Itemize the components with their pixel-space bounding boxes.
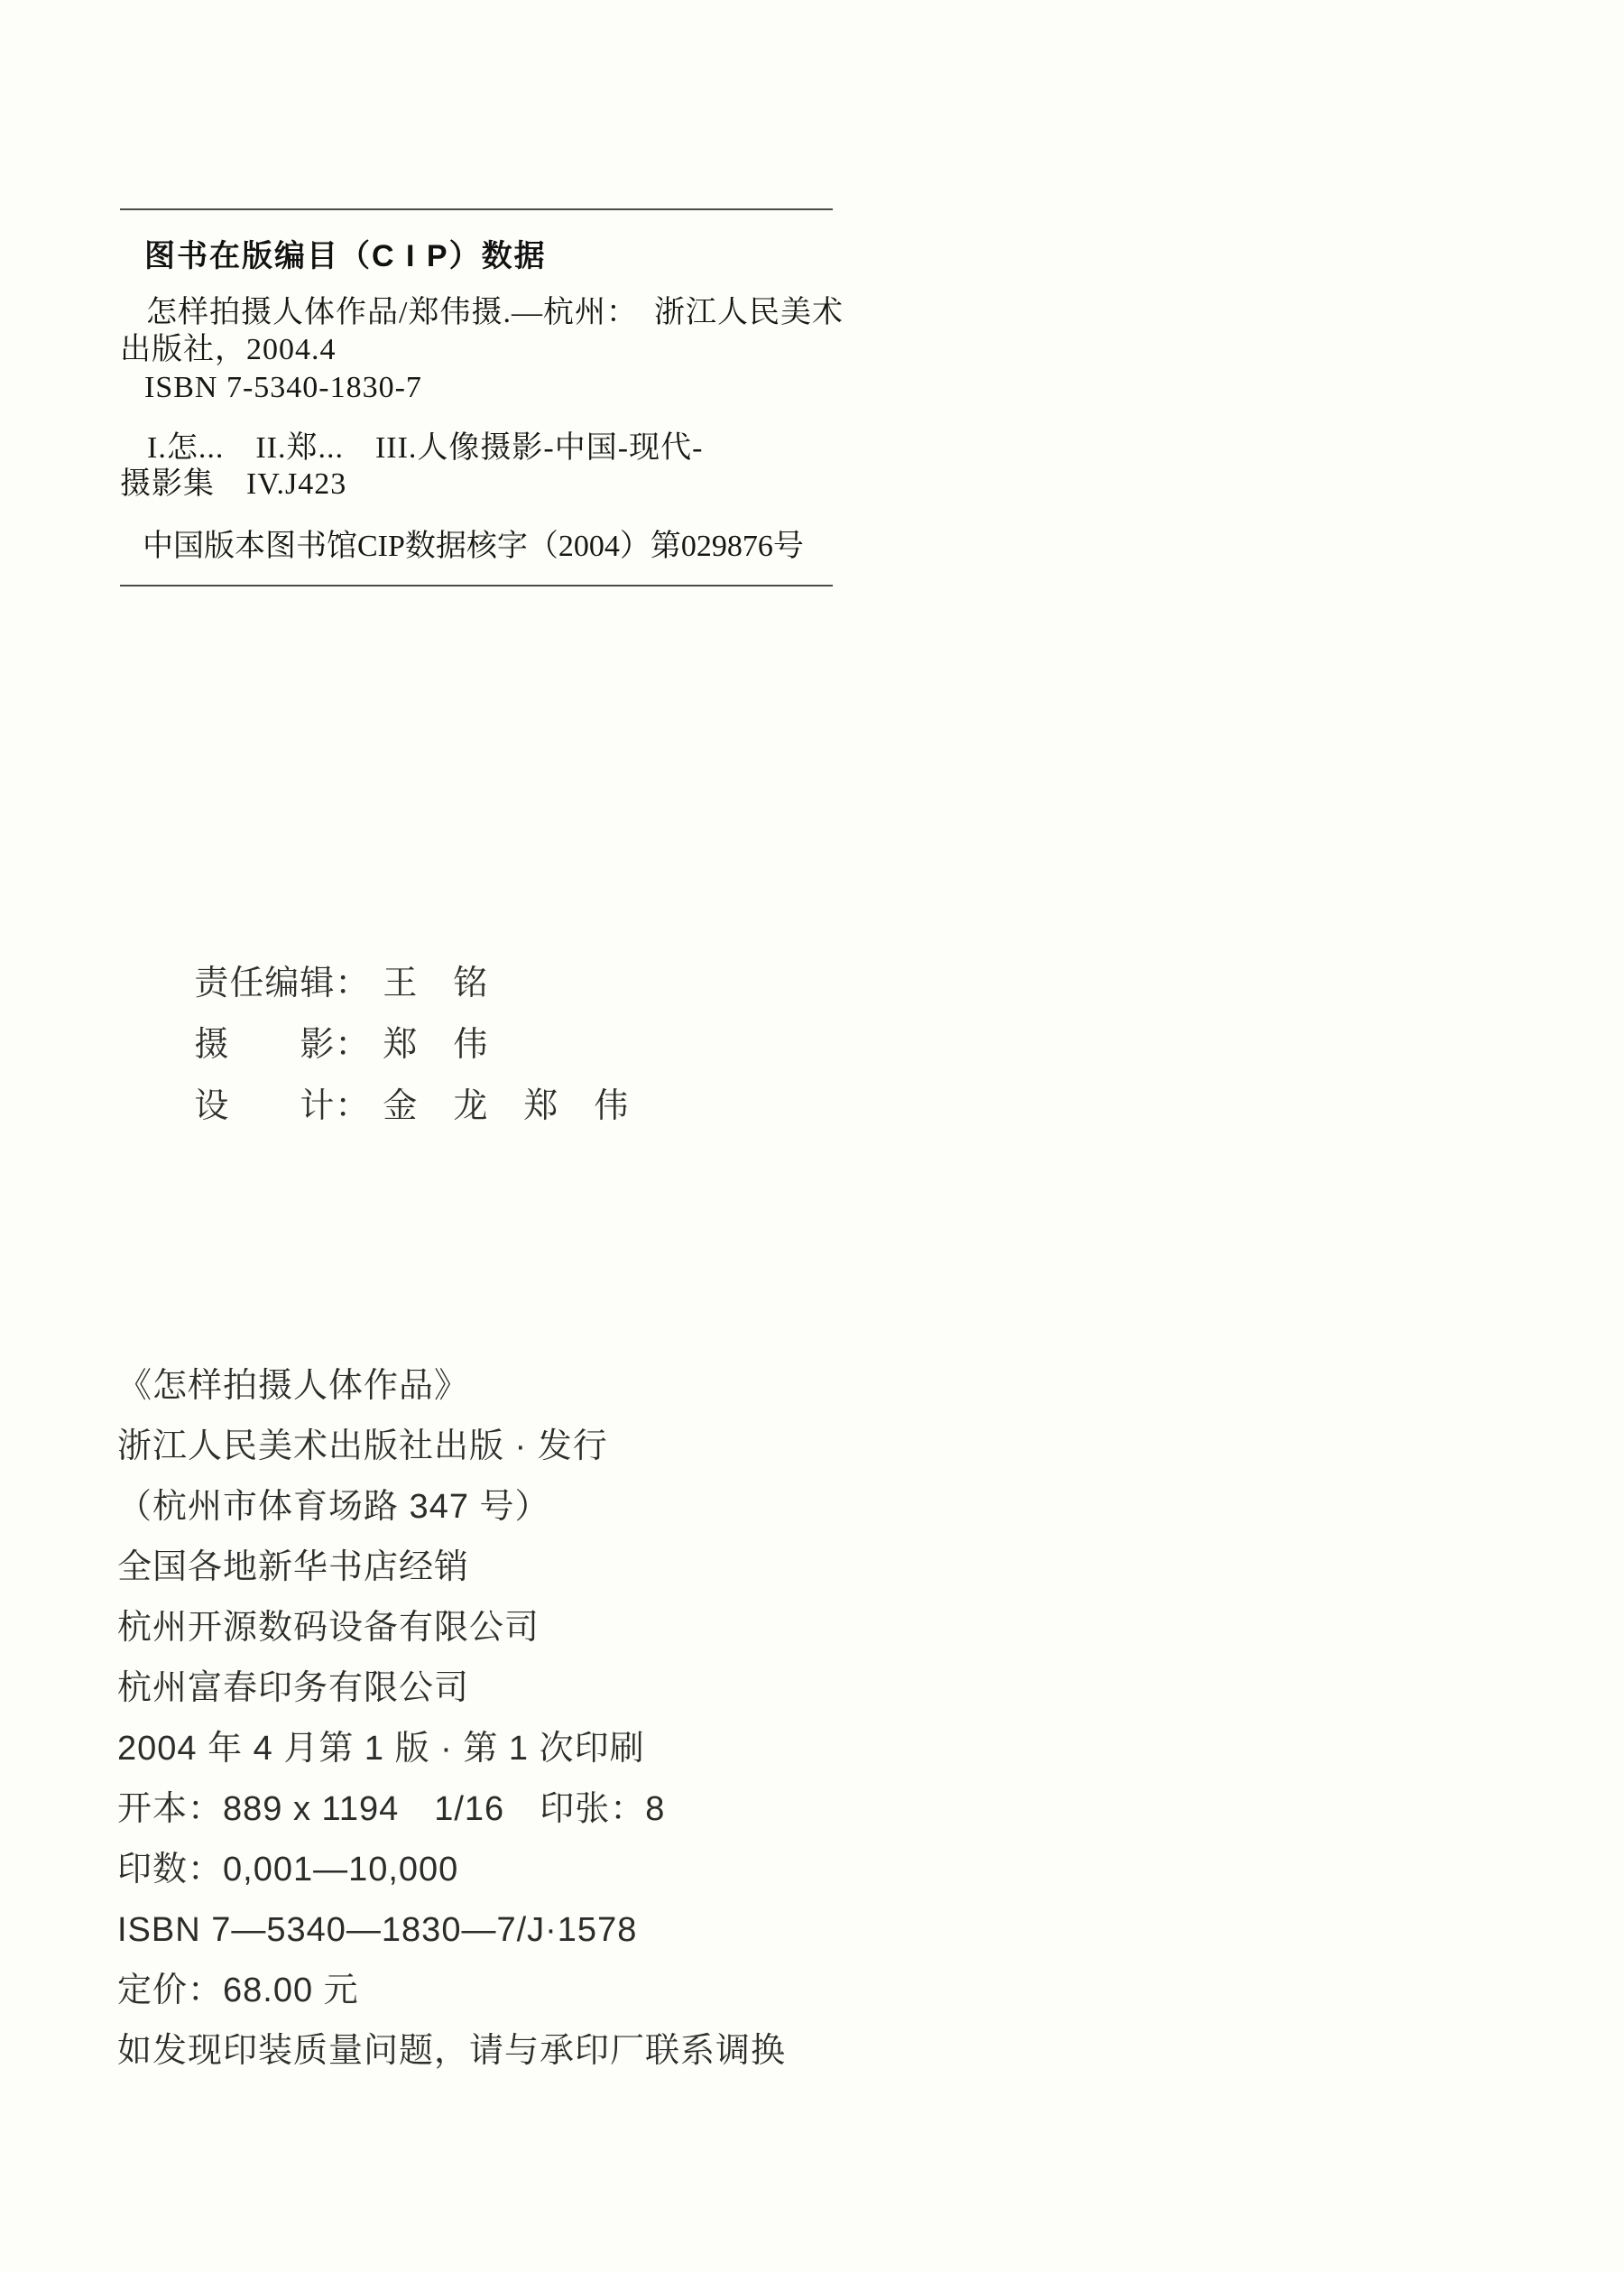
cip-header: 图书在版编目（C I P）数据 <box>144 231 547 275</box>
publication-block: 《怎样拍摄人体作品》 浙江人民美术出版社出版 · 发行 （杭州市体育场路 347… <box>117 1356 786 2082</box>
cip-record-number: 中国版本图书馆CIP数据核字（2004）第029876号 <box>143 529 804 566</box>
credit-value: 金 龙 郑 伟 <box>383 1087 629 1125</box>
cip-classification-line-2: 摄影集 IV.J423 <box>120 466 346 503</box>
publication-line-edition: 2004 年 4 月第 1 版 · 第 1 次印刷 <box>117 1719 786 1779</box>
publication-line-platemaker: 杭州开源数码设备有限公司 <box>117 1598 786 1658</box>
colophon-page: 图书在版编目（C I P）数据 怎样拍摄人体作品/郑伟摄.—杭州： 浙江人民美术… <box>0 0 1624 2272</box>
publication-line-isbn: ISBN 7—5340—1830—7/J·1578 <box>117 1900 786 1961</box>
publication-line-distributor: 全国各地新华书店经销 <box>117 1538 786 1598</box>
publication-line-price: 定价：68.00 元 <box>117 1961 786 2021</box>
cip-bibliographic-line-2: 出版社，2004.4 <box>120 332 337 369</box>
cip-bottom-rule <box>120 585 833 586</box>
credit-row-editor: 责任编辑：王 铭 <box>132 891 629 953</box>
credit-value: 郑 伟 <box>383 1026 488 1064</box>
cip-classification-line-1: I.怎... II.郑... III.人像摄影-中国-现代- <box>147 430 703 467</box>
publication-line-print-run: 印数：0,001—10,000 <box>117 1840 786 1900</box>
publication-line-title: 《怎样拍摄人体作品》 <box>117 1356 786 1417</box>
cip-isbn-line: ISBN 7-5340-1830-7 <box>144 370 422 407</box>
credit-label: 设 计： <box>194 1087 370 1125</box>
publication-line-publisher: 浙江人民美术出版社出版 · 发行 <box>117 1417 786 1477</box>
credit-label: 摄 影： <box>194 1026 370 1064</box>
publication-line-printer: 杭州富春印务有限公司 <box>117 1658 786 1719</box>
publication-line-address: （杭州市体育场路 347 号） <box>117 1477 786 1538</box>
publication-line-quality-note: 如发现印装质量问题，请与承印厂联系调换 <box>117 2021 786 2082</box>
credit-label: 责任编辑： <box>194 965 370 1002</box>
cip-bibliographic-line-1: 怎样拍摄人体作品/郑伟摄.—杭州： 浙江人民美术 <box>146 295 844 332</box>
publication-line-format: 开本：889 x 1194 1/16 印张：8 <box>117 1779 786 1840</box>
credit-value: 王 铭 <box>383 965 488 1002</box>
credits-block: 责任编辑：王 铭 摄 影：郑 伟 设 计：金 龙 郑 伟 <box>132 891 629 1076</box>
cip-top-rule <box>120 208 833 210</box>
